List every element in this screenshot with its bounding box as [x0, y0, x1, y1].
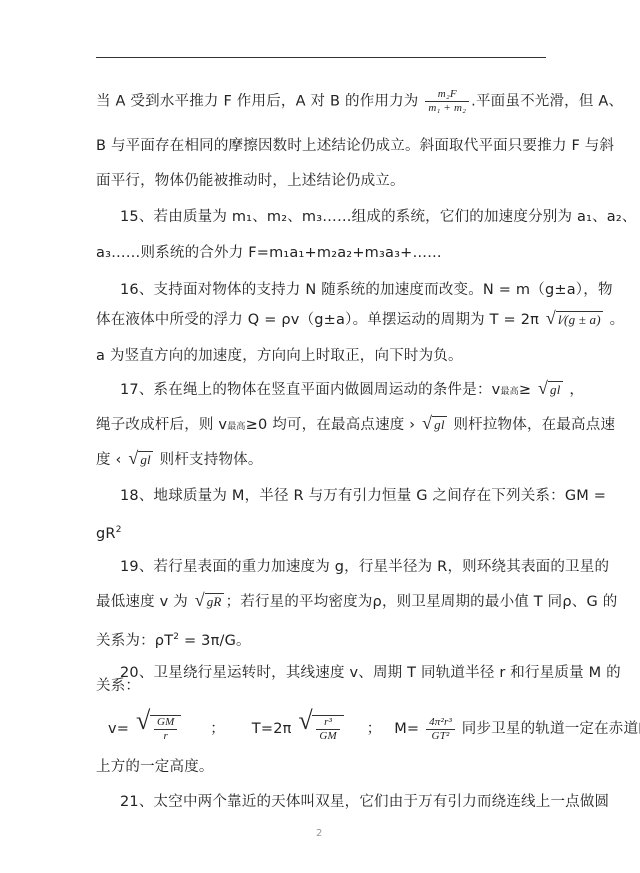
paragraph-20-line-2b: 关系： — [96, 676, 548, 696]
paragraph-16-line-2: 体在液体中所受的浮力 Q = ρv（g±a）。单摆运动的周期为 T = 2π √… — [96, 310, 548, 330]
paragraph-16-line-3: a 为竖直方向的加速度，方向向上时取正，向下时为负。 — [96, 346, 548, 366]
paragraph-17-line-1: 17、系在绳上的物体在竖直平面内做圆周运动的条件是：v最高≥ √gl ， — [96, 380, 572, 402]
paragraph-14-line-3: 面平行，物体仍能被推动时，上述结论仍成立。 — [96, 171, 548, 191]
paragraph-15-line-1: 15、若由质量为 m₁、m₂、m₃……组成的系统，它们的加速度分别为 a₁、a₂… — [96, 207, 572, 227]
text: ≥0 均可，在最高点速度 › — [246, 417, 416, 433]
text: 则杆拉物体，在最高点速 — [453, 417, 615, 433]
paragraph-19-line-3: 关系为：ρT2 = 3π/G。 — [96, 627, 548, 651]
paragraph-20-formulas: v= √GMr ； T=2π √r³GM ； M= 4π²r³GT² 同步卫星的… — [96, 715, 560, 743]
text: 。 — [610, 312, 625, 328]
radicand: gl — [138, 451, 153, 468]
text: 17、系在绳上的物体在竖直平面内做圆周运动的条件是：v — [120, 382, 500, 398]
text: ≥ — [519, 382, 531, 398]
text: ；若行星的平均密度为ρ，则卫星周期的最小值 T 同ρ、G 的 — [226, 594, 618, 610]
subscript: 最高 — [500, 387, 518, 397]
paragraph-16-line-1: 16、支持面对物体的支持力 N 随系统的加速度而改变。N = m（g±a），物 — [96, 280, 572, 300]
denominator: GM — [316, 730, 340, 743]
paragraph-17-line-3: 度 ‹ √gl 则杆支持物体。 — [96, 450, 548, 470]
paragraph-19-line-1: 19、若行星表面的重力加速度为 g，行星半径为 R，则环绕其表面的卫星的 — [96, 557, 572, 577]
paragraph-17-line-2: 绳子改成杆后，则 v最高≥0 均可，在最高点速度 › √gl 则杆拉物体，在最高… — [96, 415, 548, 437]
fraction-M: 4π²r³GT² — [426, 716, 455, 743]
text: 关系为：ρT — [96, 633, 173, 649]
formula-label: M= — [394, 721, 419, 737]
text: 度 ‹ — [96, 452, 122, 468]
numerator: 4π²r³ — [426, 716, 455, 730]
superscript: 2 — [116, 525, 122, 535]
numerator: GM — [154, 716, 178, 730]
sqrt-formula: √gl — [538, 380, 563, 400]
text: .平面虽不光滑，但 A、 — [471, 94, 623, 110]
paragraph-15-line-2: a₃……则系统的合外力 F=m₁a₁+m₂a₂+m₃a₃+…… — [96, 243, 548, 263]
denominator: GT² — [426, 730, 455, 743]
sqrt-formula: √gR — [195, 592, 224, 612]
fraction-formula: m₂F m₁ + m₂ — [425, 88, 469, 115]
text: gR — [96, 526, 116, 542]
sqrt-fraction-v: √GMr — [136, 715, 182, 743]
paragraph-14-line-1: 当 A 受到水平推力 F 作用后，A 对 B 的作用力为 m₂F m₁ + m₂… — [96, 88, 548, 115]
text: ， — [565, 382, 585, 398]
text: 则杆支持物体。 — [160, 452, 263, 468]
subscript: 最高 — [227, 422, 245, 432]
sqrt-formula: √gl — [422, 415, 447, 435]
text: 同步卫星的轨道一定在赤道的正 — [462, 721, 640, 737]
paragraph-20-line-4: 上方的一定高度。 — [96, 757, 548, 777]
formula-label: T=2π — [252, 721, 292, 737]
denominator: r — [154, 730, 178, 743]
text: 当 A 受到水平推力 F 作用后，A 对 B 的作用力为 — [96, 94, 419, 110]
page-number: 2 — [316, 828, 322, 839]
sqrt-formula: √l⁄(g ± a) — [546, 310, 603, 330]
sqrt-fraction-T: √r³GM — [298, 715, 344, 743]
separator: ； — [210, 721, 225, 737]
radicand: gl — [548, 381, 563, 398]
paragraph-18-line-2: gR2 — [96, 520, 548, 544]
numerator: r³ — [316, 716, 340, 730]
paragraph-18-line-1: 18、地球质量为 M，半径 R 与万有引力恒量 G 之间存在下列关系：GM = — [96, 486, 572, 506]
denominator: m₁ + m₂ — [425, 102, 469, 115]
header-rule — [96, 57, 546, 58]
sqrt-formula: √gl — [128, 450, 153, 470]
numerator: m₂F — [425, 88, 469, 102]
separator: ； — [367, 721, 382, 737]
radicand: l⁄(g ± a) — [556, 311, 603, 328]
formula-label: v= — [108, 721, 129, 737]
text: 绳子改成杆后，则 v — [96, 417, 227, 433]
paragraph-14-line-2: B 与平面存在相同的摩擦因数时上述结论仍成立。斜面取代平面只要推力 F 与斜 — [96, 136, 548, 156]
text: 体在液体中所受的浮力 Q = ρv（g±a）。单摆运动的周期为 T = 2π — [96, 312, 539, 328]
text: 最低速度 v 为 — [96, 594, 188, 610]
text: = 3π/G。 — [179, 633, 251, 649]
paragraph-21-line-1: 21、太空中两个靠近的天体叫双星，它们由于万有引力而绕连线上一点做圆 — [96, 792, 572, 812]
radicand: gR — [205, 593, 224, 610]
radicand: gl — [432, 416, 447, 433]
paragraph-19-line-2: 最低速度 v 为 √gR；若行星的平均密度为ρ，则卫星周期的最小值 T 同ρ、G… — [96, 592, 548, 612]
